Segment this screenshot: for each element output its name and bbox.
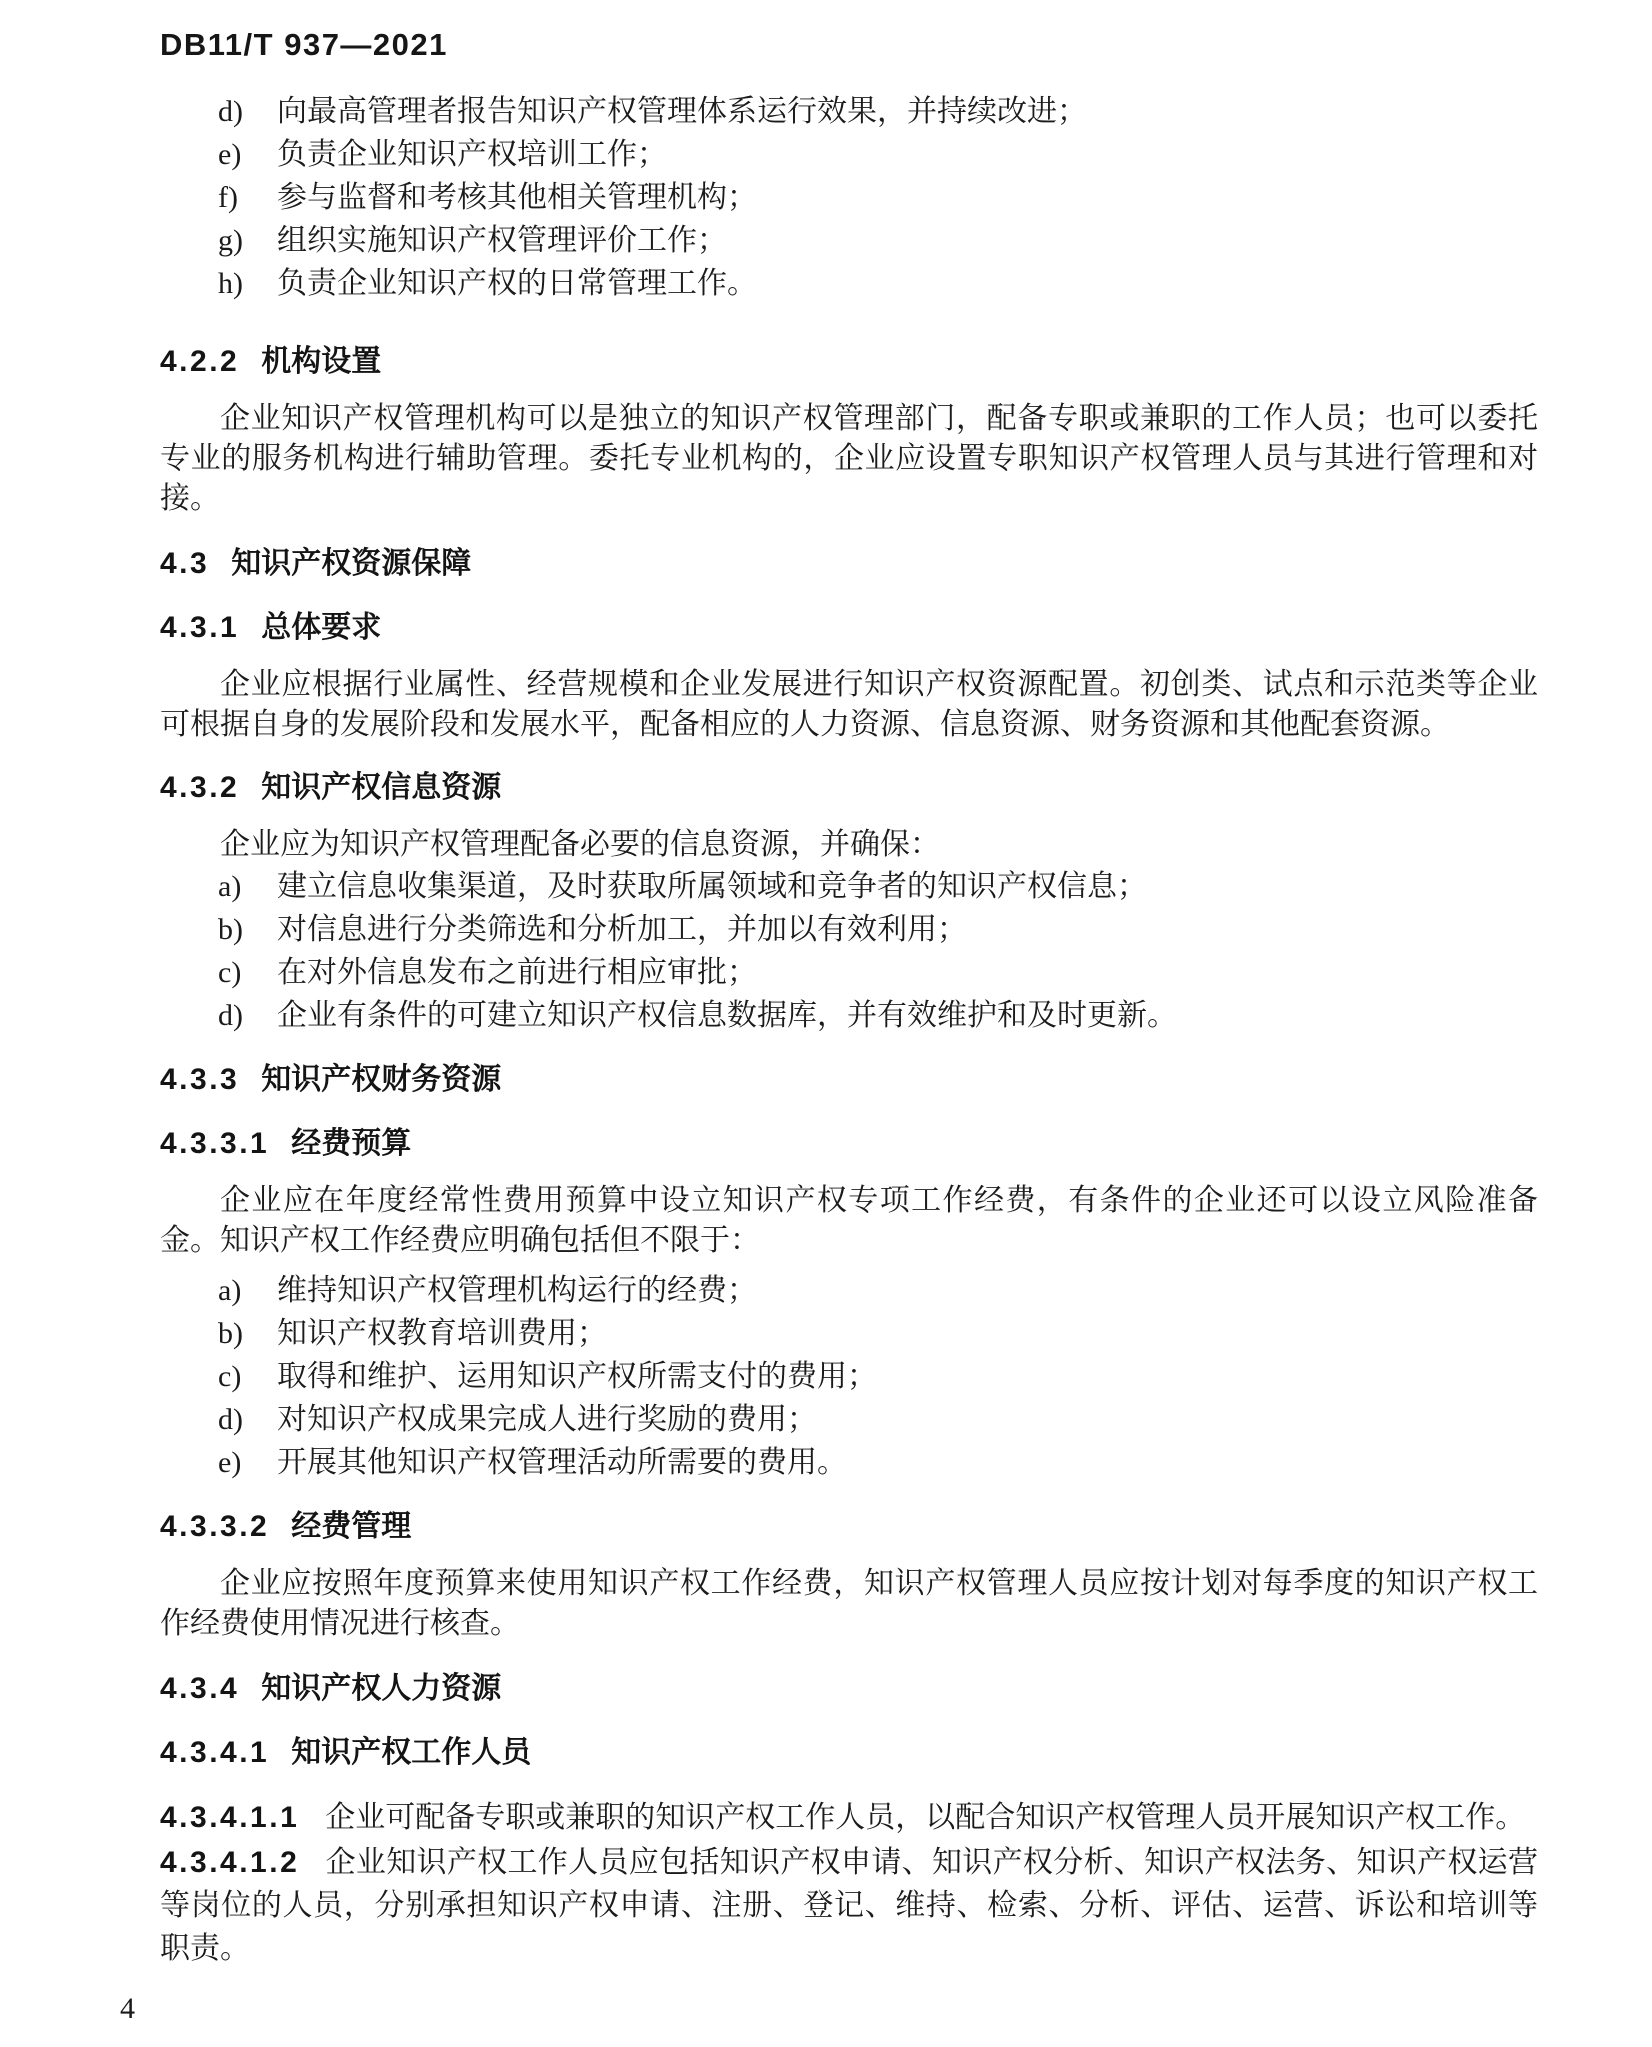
clause-text: 企业可配备专职或兼职的知识产权工作人员，以配合知识产权管理人员开展知识产权工作。: [325, 1801, 1525, 1834]
list-item: g)组织实施知识产权管理评价工作；: [160, 219, 1538, 262]
heading-number: 4.3.3: [160, 1063, 239, 1096]
heading-title: 经费预算: [291, 1127, 411, 1160]
heading-title: 知识产权人力资源: [261, 1672, 501, 1705]
list-item: a)维持知识产权管理机构运行的经费；: [160, 1269, 1538, 1312]
list-item-text: 负责企业知识产权的日常管理工作。: [277, 267, 757, 300]
list-marker: b): [218, 1312, 277, 1355]
document-page: DB11/T 937—2021 d)向最高管理者报告知识产权管理体系运行效果，并…: [0, 0, 1652, 2047]
list-marker: c): [218, 951, 277, 994]
list-item: c)在对外信息发布之前进行相应审批；: [160, 951, 1538, 994]
heading-title: 机构设置: [261, 345, 381, 378]
list-item: c)取得和维护、运用知识产权所需支付的费用；: [160, 1355, 1538, 1398]
list-item: h)负责企业知识产权的日常管理工作。: [160, 262, 1538, 305]
list-marker: g): [218, 219, 277, 262]
list-marker: c): [218, 1355, 277, 1398]
list-marker: a): [218, 865, 277, 908]
heading-number: 4.3.2: [160, 771, 239, 804]
list-item: e)负责企业知识产权培训工作；: [160, 133, 1538, 176]
list-item: d)对知识产权成果完成人进行奖励的费用；: [160, 1398, 1538, 1441]
list-item-text: 参与监督和考核其他相关管理机构；: [277, 181, 757, 214]
heading-4-3-4: 4.3.4知识产权人力资源: [160, 1668, 1538, 1710]
heading-4-3-3-2: 4.3.3.2经费管理: [160, 1506, 1538, 1548]
list-item-text: 维持知识产权管理机构运行的经费；: [277, 1274, 757, 1307]
heading-title: 知识产权财务资源: [261, 1063, 501, 1096]
heading-4-3-3: 4.3.3知识产权财务资源: [160, 1059, 1538, 1101]
page-number: 4: [120, 1991, 135, 2027]
clause-text: 企业知识产权工作人员应包括知识产权申请、知识产权分析、知识产权法务、知识产权运营…: [160, 1846, 1538, 1965]
list-item: e)开展其他知识产权管理活动所需要的费用。: [160, 1441, 1538, 1484]
heading-number: 4.3: [160, 547, 209, 580]
list-item-text: 建立信息收集渠道，及时获取所属领域和竞争者的知识产权信息；: [277, 870, 1147, 903]
budget-items-list: a)维持知识产权管理机构运行的经费； b)知识产权教育培训费用； c)取得和维护…: [160, 1269, 1538, 1484]
list-marker: f): [218, 176, 277, 219]
list-item: a)建立信息收集渠道，及时获取所属领域和竞争者的知识产权信息；: [160, 865, 1538, 908]
heading-number: 4.2.2: [160, 345, 239, 378]
list-item: f)参与监督和考核其他相关管理机构；: [160, 176, 1538, 219]
clause-number: 4.3.4.1.2: [160, 1846, 299, 1879]
list-marker: d): [218, 994, 277, 1037]
list-item: b)对信息进行分类筛选和分析加工，并加以有效利用；: [160, 908, 1538, 951]
information-resources-list: a)建立信息收集渠道，及时获取所属领域和竞争者的知识产权信息； b)对信息进行分…: [160, 865, 1538, 1037]
clause-4-3-4-1-2: 4.3.4.1.2企业知识产权工作人员应包括知识产权申请、知识产权分析、知识产权…: [160, 1841, 1538, 1970]
list-item: b)知识产权教育培训费用；: [160, 1312, 1538, 1355]
list-marker: b): [218, 908, 277, 951]
list-marker: a): [218, 1269, 277, 1312]
list-marker: h): [218, 262, 277, 305]
list-marker: d): [218, 1398, 277, 1441]
heading-title: 知识产权信息资源: [261, 771, 501, 804]
list-item-text: 取得和维护、运用知识产权所需支付的费用；: [277, 1360, 877, 1393]
list-marker: e): [218, 133, 277, 176]
paragraph-4-2-2: 企业知识产权管理机构可以是独立的知识产权管理部门，配备专职或兼职的工作人员；也可…: [160, 399, 1538, 519]
list-marker: d): [218, 90, 277, 133]
heading-title: 经费管理: [291, 1510, 411, 1543]
heading-4-2-2: 4.2.2机构设置: [160, 341, 1538, 383]
heading-4-3-2: 4.3.2知识产权信息资源: [160, 767, 1538, 809]
list-item-text: 负责企业知识产权培训工作；: [277, 138, 667, 171]
list-item-text: 企业有条件的可建立知识产权信息数据库，并有效维护和及时更新。: [277, 999, 1177, 1032]
list-item-text: 在对外信息发布之前进行相应审批；: [277, 956, 757, 989]
heading-title: 知识产权工作人员: [291, 1736, 531, 1769]
list-item-text: 对信息进行分类筛选和分析加工，并加以有效利用；: [277, 913, 967, 946]
heading-4-3-3-1: 4.3.3.1经费预算: [160, 1123, 1538, 1165]
heading-number: 4.3.4: [160, 1672, 239, 1705]
heading-title: 总体要求: [261, 611, 381, 644]
duties-list: d)向最高管理者报告知识产权管理体系运行效果，并持续改进； e)负责企业知识产权…: [160, 90, 1538, 305]
paragraph-4-3-3-2: 企业应按照年度预算来使用知识产权工作经费，知识产权管理人员应按计划对每季度的知识…: [160, 1564, 1538, 1644]
list-item: d)企业有条件的可建立知识产权信息数据库，并有效维护和及时更新。: [160, 994, 1538, 1037]
doc-code-header: DB11/T 937—2021: [160, 28, 1538, 62]
paragraph-4-3-1: 企业应根据行业属性、经营规模和企业发展进行知识产权资源配置。初创类、试点和示范类…: [160, 665, 1538, 745]
heading-number: 4.3.3.2: [160, 1510, 269, 1543]
list-item: d)向最高管理者报告知识产权管理体系运行效果，并持续改进；: [160, 90, 1538, 133]
paragraph-4-3-2-intro: 企业应为知识产权管理配备必要的信息资源，并确保：: [160, 825, 1538, 865]
heading-title: 知识产权资源保障: [231, 547, 471, 580]
list-item-text: 组织实施知识产权管理评价工作；: [277, 224, 727, 257]
list-item-text: 向最高管理者报告知识产权管理体系运行效果，并持续改进；: [277, 95, 1087, 128]
paragraph-4-3-3-1: 企业应在年度经常性费用预算中设立知识产权专项工作经费，有条件的企业还可以设立风险…: [160, 1181, 1538, 1261]
heading-4-3-4-1: 4.3.4.1知识产权工作人员: [160, 1732, 1538, 1774]
clause-4-3-4-1-1: 4.3.4.1.1企业可配备专职或兼职的知识产权工作人员，以配合知识产权管理人员…: [160, 1796, 1538, 1839]
heading-4-3: 4.3知识产权资源保障: [160, 543, 1538, 585]
clause-number: 4.3.4.1.1: [160, 1801, 299, 1834]
heading-number: 4.3.1: [160, 611, 239, 644]
heading-number: 4.3.4.1: [160, 1736, 269, 1769]
heading-4-3-1: 4.3.1总体要求: [160, 607, 1538, 649]
list-item-text: 开展其他知识产权管理活动所需要的费用。: [277, 1446, 847, 1479]
page-content: DB11/T 937—2021 d)向最高管理者报告知识产权管理体系运行效果，并…: [0, 0, 1652, 1970]
list-item-text: 对知识产权成果完成人进行奖励的费用；: [277, 1403, 817, 1436]
heading-number: 4.3.3.1: [160, 1127, 269, 1160]
list-item-text: 知识产权教育培训费用；: [277, 1317, 607, 1350]
list-marker: e): [218, 1441, 277, 1484]
